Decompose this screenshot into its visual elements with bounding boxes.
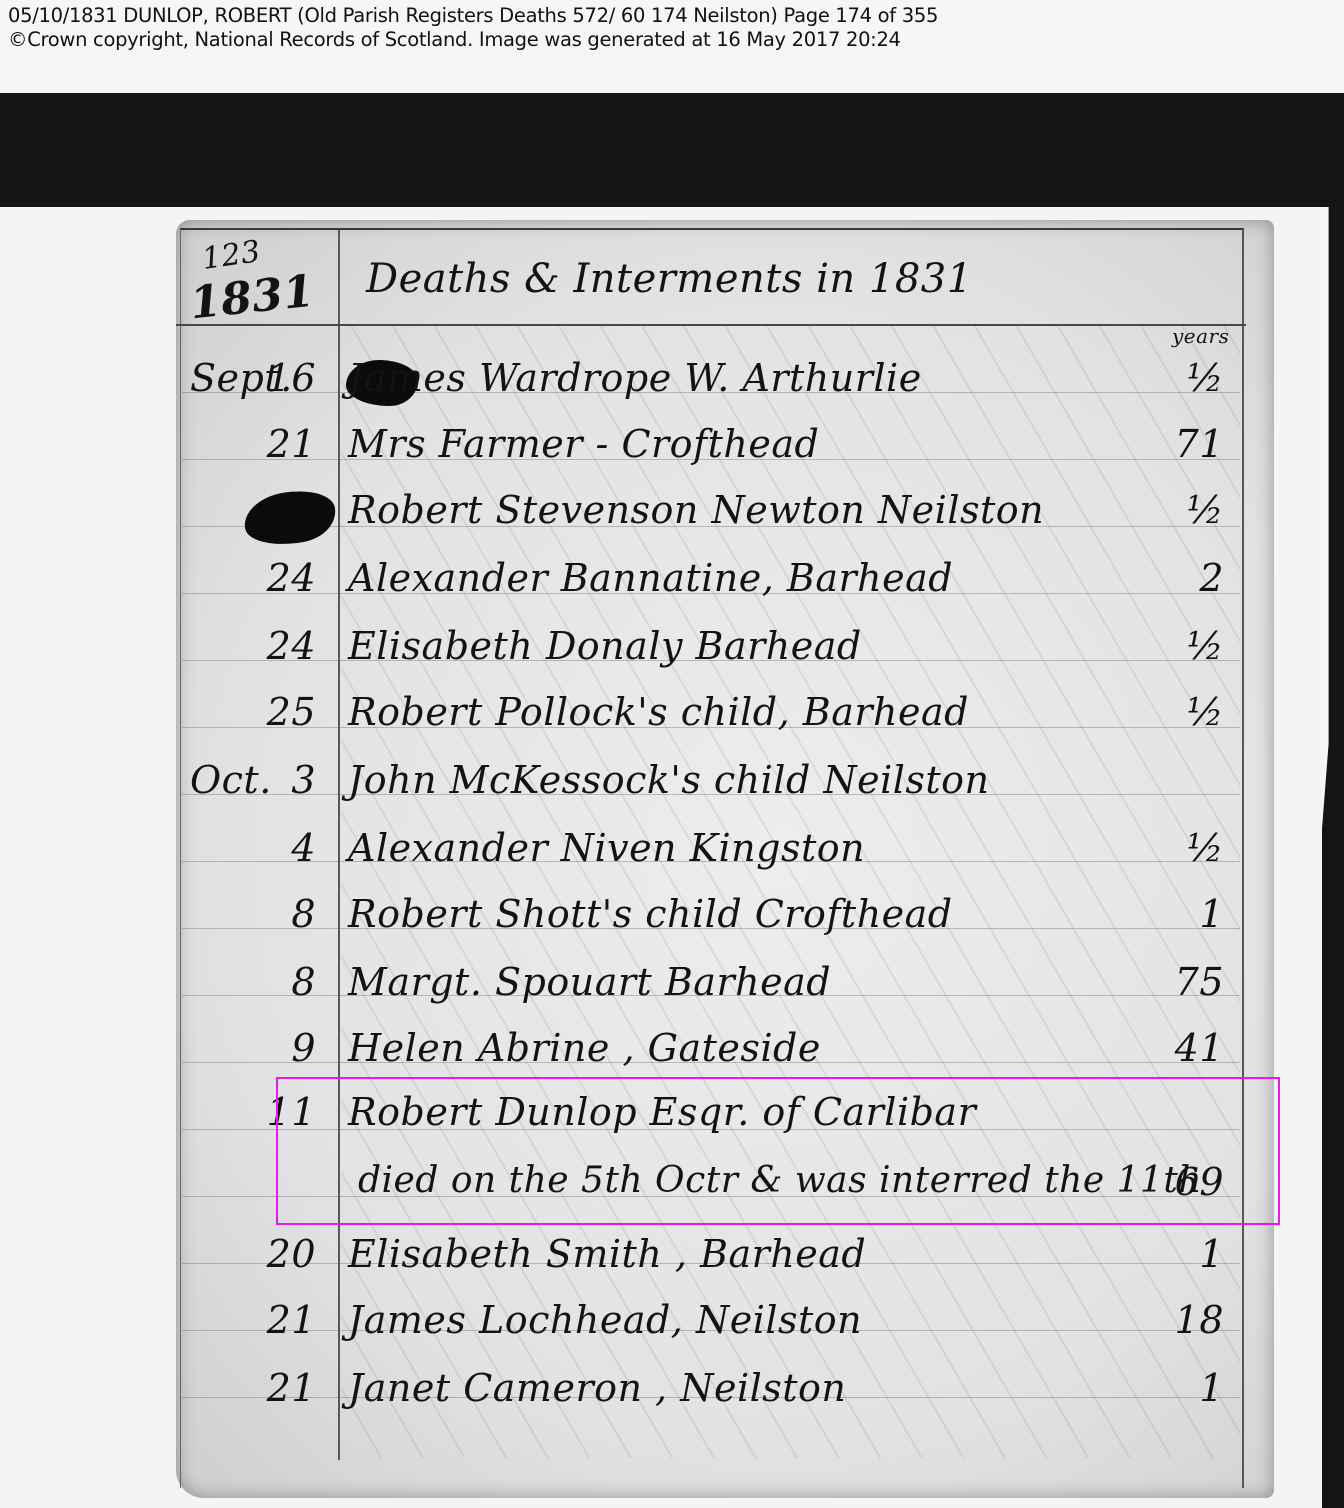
register-entry: 24Alexander Bannatine, Barhead2 [176,550,1246,616]
register-entry: 21Mrs Farmer - Crofthead71 [176,416,1246,482]
entry-text: James Wardrope W. Arthurlie [348,356,922,400]
entry-day: 4 [291,826,316,870]
entry-text: Elisabeth Donaly Barhead [348,624,862,668]
entry-day: 16 [267,356,316,400]
register-entry: 24Elisabeth Donaly Barhead½ [176,618,1246,684]
entry-age: ½ [1187,826,1224,870]
register-entry: Oct.3John McKessock's child Neilston [176,752,1246,818]
entry-text: Robert Stevenson Newton Neilston [348,488,1044,532]
entry-day: 20 [267,1232,316,1276]
register-entry: Robert Stevenson Newton Neilston½ [176,482,1246,548]
entry-day: 9 [291,1026,316,1070]
register-entry: Sept.16James Wardrope W. Arthurlie½ [176,350,1246,416]
entry-day: 24 [267,556,316,600]
caption-record-line: 05/10/1831 DUNLOP, ROBERT (Old Parish Re… [8,4,1338,28]
entry-text: Elisabeth Smith , Barhead [348,1232,866,1276]
image-caption: 05/10/1831 DUNLOP, ROBERT (Old Parish Re… [8,4,1338,52]
entry-text: Alexander Niven Kingston [348,826,865,870]
entry-age: 75 [1175,960,1224,1004]
entry-age: 41 [1175,1026,1224,1070]
entry-age: 1 [1199,1366,1224,1410]
entry-month: Oct. [190,758,272,802]
register-entry: 20Elisabeth Smith , Barhead1 [176,1226,1246,1292]
entry-text: Janet Cameron , Neilston [348,1366,846,1410]
entry-age: ½ [1187,356,1224,400]
scan-top-shadow [0,93,1344,207]
scan-right-shadow [1322,93,1344,1508]
record-highlight-box [276,1077,1280,1225]
entry-age: 71 [1175,422,1224,466]
register-entry: 21James Lochhead, Neilston18 [176,1292,1246,1358]
entry-text: James Lochhead, Neilston [348,1298,862,1342]
entry-age: 18 [1175,1298,1224,1342]
entry-day: 3 [291,758,316,802]
register-entry: 4Alexander Niven Kingston½ [176,820,1246,886]
register-entry: 8Margt. Spouart Barhead75 [176,954,1246,1020]
entry-day: 25 [267,690,316,734]
entry-text: Margt. Spouart Barhead [348,960,831,1004]
entry-day: 21 [267,422,316,466]
register-entry: 8Robert Shott's child Crofthead1 [176,886,1246,952]
entry-text: Mrs Farmer - Crofthead [348,422,819,466]
entry-age: ½ [1187,690,1224,734]
entry-age: ½ [1187,488,1224,532]
register-title: Deaths & Interments in 1831 [366,256,973,302]
register-entry: 21Janet Cameron , Neilston1 [176,1360,1246,1426]
entry-text: Robert Shott's child Crofthead [348,892,953,936]
entry-age: 1 [1199,892,1224,936]
age-column-header: years [1172,324,1229,348]
entry-age: ½ [1187,624,1224,668]
entry-day: 21 [267,1298,316,1342]
entry-day: 24 [267,624,316,668]
entry-day: 21 [267,1366,316,1410]
caption-copyright-line: ©Crown copyright, National Records of Sc… [8,28,1338,52]
entry-day: 8 [291,960,316,1004]
entry-text: Alexander Bannatine, Barhead [348,556,953,600]
entry-text: Robert Pollock's child, Barhead [348,690,969,734]
entry-age: 1 [1199,1232,1224,1276]
register-entry: 25Robert Pollock's child, Barhead½ [176,684,1246,750]
register-page: 123 1831 Deaths & Interments in 1831 yea… [176,220,1274,1498]
entry-day: 8 [291,892,316,936]
entry-age: 2 [1199,556,1224,600]
header-rule [176,324,1246,326]
entry-text: Helen Abrine , Gateside [348,1026,821,1070]
entry-text: John McKessock's child Neilston [348,758,990,802]
